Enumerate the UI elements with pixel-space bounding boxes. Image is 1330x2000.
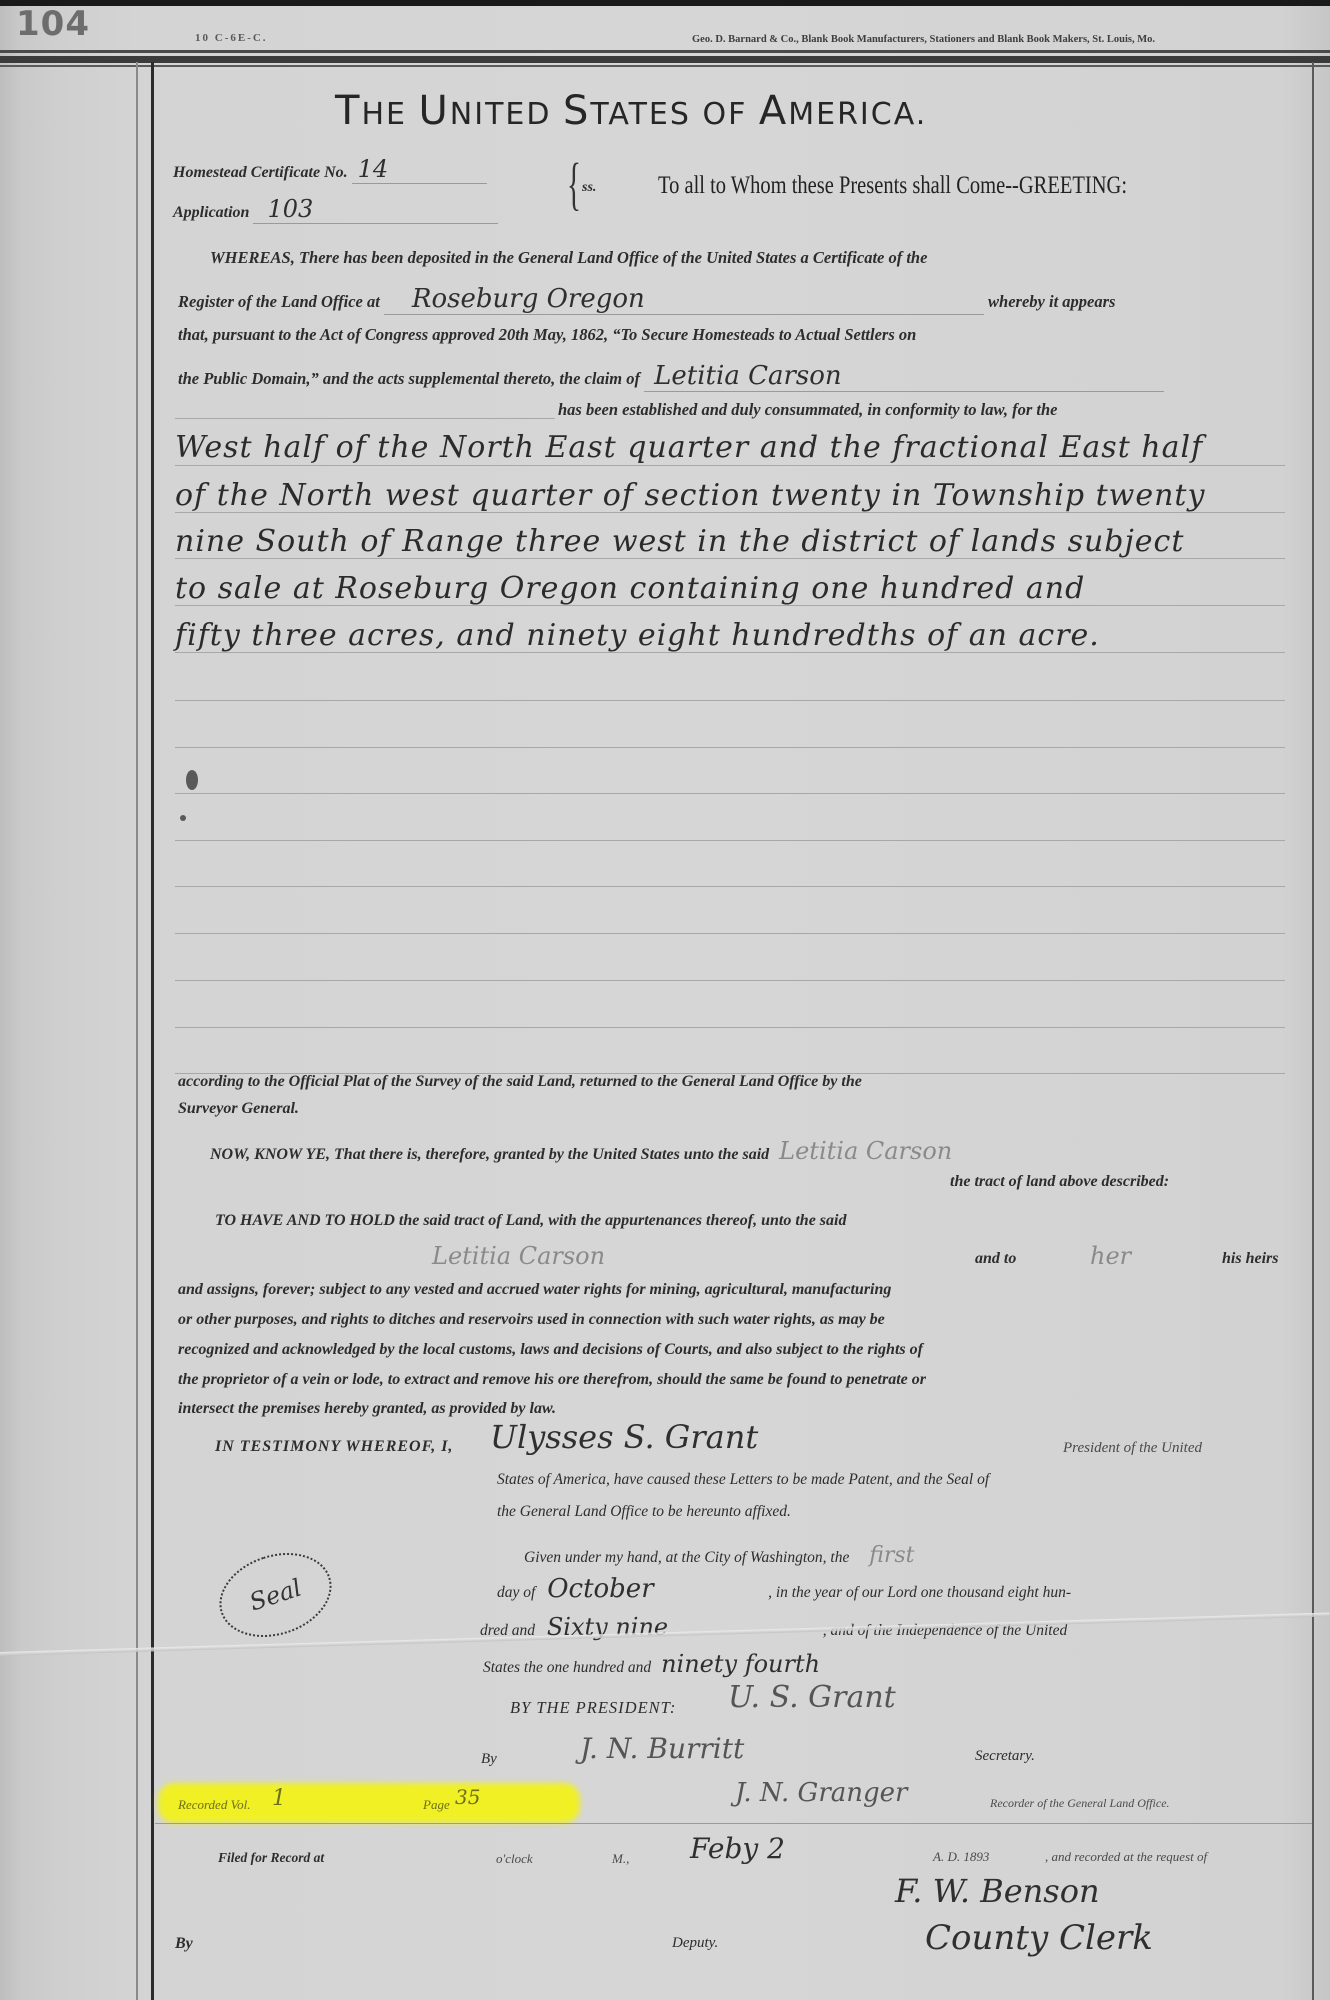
- recorded-page: 35: [455, 1785, 480, 1809]
- clerk-title: County Clerk: [925, 1918, 1153, 1958]
- whereas-line: the Public Domain,” and the acts supplem…: [178, 361, 1164, 392]
- land-description-line: nine South of Range three west in the di…: [175, 524, 1184, 559]
- habendum-line: and assigns, forever; subject to any ves…: [178, 1281, 891, 1299]
- whereas-line: WHEREAS, There has been deposited in the…: [210, 248, 927, 268]
- habendum-line: the proprietor of a vein or lode, to ext…: [178, 1371, 926, 1389]
- meridian-label: M.,: [612, 1851, 629, 1867]
- land-description-line: fifty three acres, and ninety eight hund…: [175, 618, 1100, 653]
- by-label: By: [481, 1751, 497, 1768]
- recorder-signature: J. N. Granger: [735, 1778, 907, 1808]
- president-name: Ulysses S. Grant: [490, 1418, 758, 1456]
- page-top-edge: [0, 0, 1330, 6]
- recorded-page-label: Page: [423, 1797, 450, 1813]
- margin-rule: [151, 62, 154, 2000]
- filing-date: Feby 2: [690, 1832, 785, 1865]
- month-field: October: [539, 1574, 764, 1604]
- habendum-line: or other purposes, and rights to ditches…: [178, 1311, 885, 1329]
- ruled-line: [175, 418, 555, 419]
- land-description-line: West half of the North East quarter and …: [175, 430, 1203, 465]
- ss-label: ss.: [582, 180, 596, 196]
- request-label: , and recorded at the request of: [1045, 1849, 1207, 1865]
- testimony-label: IN TESTIMONY WHEREOF, I,: [215, 1438, 453, 1456]
- testimony-line: President of the United: [1063, 1440, 1202, 1457]
- land-description-line: to sale at Roseburg Oregon containing on…: [175, 571, 1085, 606]
- header-rule: [0, 56, 1330, 63]
- independence-line: States the one hundred and ninety fourth: [483, 1650, 820, 1678]
- recorder-label: Recorder of the General Land Office.: [990, 1796, 1170, 1811]
- secretary-label: Secretary.: [975, 1748, 1035, 1765]
- testimony-line: States of America, have caused these Let…: [497, 1471, 989, 1489]
- document-page: 104 10 C-6E-C. Geo. D. Barnard & Co., Bl…: [0, 0, 1330, 2000]
- ruled-line: [175, 700, 1285, 701]
- grantee-field: Letitia Carson: [432, 1242, 605, 1270]
- oclock-label: o'clock: [496, 1851, 533, 1867]
- president-signature: U. S. Grant: [728, 1680, 896, 1715]
- margin-rule: [136, 62, 138, 2000]
- ink-blot: [180, 815, 186, 821]
- ruled-line: [175, 840, 1285, 841]
- application-number: 103: [253, 195, 498, 224]
- ruled-line: [175, 886, 1285, 887]
- application-number-row: Application 103: [173, 195, 498, 224]
- certificate-number: 14: [352, 155, 487, 184]
- ledger-page-number: 104: [16, 4, 90, 44]
- day-field: first: [853, 1543, 914, 1568]
- given-line: Given under my hand, at the City of Wash…: [524, 1543, 915, 1568]
- printer-imprint: Geo. D. Barnard & Co., Blank Book Manufa…: [692, 34, 1155, 45]
- ink-blot: [186, 770, 198, 790]
- independence-year-field: ninety fourth: [655, 1650, 820, 1678]
- claimant-field: Letitia Carson: [644, 361, 1164, 392]
- recorded-vol-label: Recorded Vol.: [178, 1797, 250, 1813]
- clerk-signature: F. W. Benson: [895, 1872, 1100, 1910]
- header-rule: [0, 65, 1330, 67]
- secretary-signature: J. N. Burritt: [580, 1732, 744, 1765]
- survey-line: according to the Official Plat of the Su…: [178, 1073, 862, 1091]
- filed-label: Filed for Record at: [218, 1850, 324, 1866]
- ruled-line: [175, 1027, 1285, 1028]
- land-description-line: of the North west quarter of section twe…: [175, 478, 1205, 513]
- survey-line: Surveyor General.: [178, 1100, 299, 1118]
- ad-year: A. D. 1893: [933, 1849, 989, 1865]
- deputy-label: Deputy.: [672, 1935, 718, 1952]
- ruled-line: [175, 980, 1285, 981]
- land-office-field: Roseburg Oregon: [384, 284, 984, 315]
- ruled-line: [175, 793, 1285, 794]
- heirs-label: his heirs: [1222, 1250, 1278, 1268]
- greeting: To all to Whom these Presents shall Come…: [658, 172, 1127, 200]
- testimony-line: the General Land Office to be hereunto a…: [497, 1503, 791, 1521]
- month-line: day of October , in the year of our Lord…: [497, 1574, 1071, 1604]
- ruled-line: [175, 747, 1285, 748]
- know-ye-line: the tract of land above described:: [950, 1173, 1169, 1191]
- and-to-label: and to: [975, 1250, 1016, 1268]
- header-rule: [0, 50, 1330, 53]
- ruled-line: [155, 1823, 1312, 1824]
- by-president-label: BY THE PRESIDENT:: [510, 1698, 676, 1718]
- certificate-number-row: Homestead Certificate No. 14: [173, 155, 487, 184]
- ruled-line: [175, 933, 1285, 934]
- habendum-line: recognized and acknowledged by the local…: [178, 1341, 923, 1359]
- seal-mark: Seal: [208, 1539, 342, 1651]
- grantee-field: Letitia Carson: [773, 1137, 952, 1165]
- know-ye-line: NOW, KNOW YE, That there is, therefore, …: [210, 1137, 952, 1165]
- ruled-line: [175, 465, 1285, 466]
- pronoun-field: her: [1090, 1242, 1131, 1270]
- recorded-vol: 1: [272, 1786, 286, 1811]
- habendum-line: TO HAVE AND TO HOLD the said tract of La…: [215, 1212, 846, 1230]
- margin-rule: [1312, 62, 1314, 2000]
- filing-by-label: By: [175, 1935, 193, 1953]
- whereas-line: has been established and duly consummate…: [558, 400, 1057, 420]
- form-code: 10 C-6E-C.: [195, 32, 268, 44]
- whereas-line: Register of the Land Office at Roseburg …: [178, 284, 1115, 315]
- habendum-line: intersect the premises hereby granted, a…: [178, 1400, 556, 1418]
- whereas-line: that, pursuant to the Act of Congress ap…: [178, 325, 916, 345]
- document-title: THE UNITED STATES OF AMERICA.: [335, 88, 927, 134]
